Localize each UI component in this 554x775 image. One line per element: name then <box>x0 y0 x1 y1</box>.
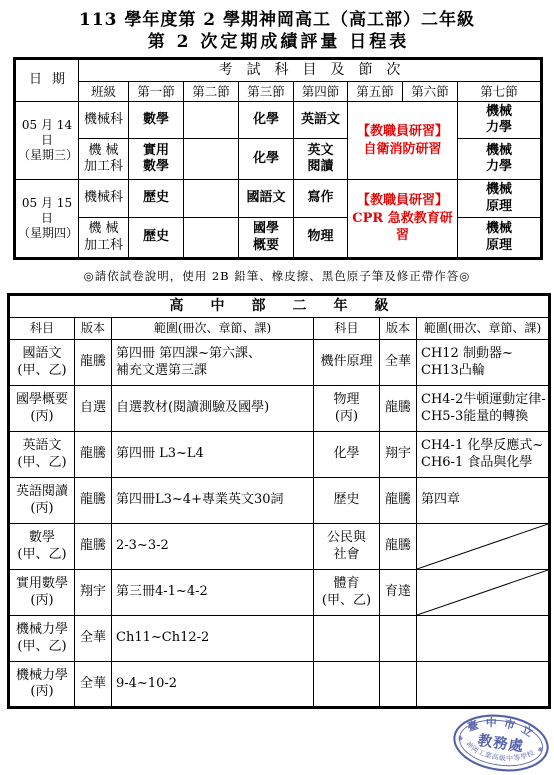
subject-name: 公民與 社會 <box>314 524 380 570</box>
publisher: 自選 <box>75 386 112 432</box>
range-table-title: 高中部二年級 <box>9 295 550 318</box>
publisher: 全華 <box>75 662 112 708</box>
subject-name: 實用數學 (丙) <box>9 570 75 616</box>
empty-cell <box>184 139 239 180</box>
date-column-header: 日期 <box>15 59 79 102</box>
period-7-header: 第七節 <box>458 82 542 102</box>
exam-subject: 化學 <box>239 102 294 139</box>
empty-cell <box>314 662 380 708</box>
empty-cell <box>380 616 417 662</box>
exam-subject: 機械 原理 <box>458 218 542 259</box>
exam-subject: 英語文 <box>294 102 348 139</box>
publisher: 全華 <box>75 616 112 662</box>
publisher: 翔宇 <box>380 432 417 478</box>
answering-instructions-note: ◎請依試卷說明，使用 2B 鉛筆、橡皮擦、黑色原子筆及修正帶作答◎ <box>0 268 554 284</box>
subject-header: 科目 <box>314 318 380 340</box>
academic-affairs-office-stamp: 臺中市立 神岡工業高級中等學校 教務處 ❋ ❋ <box>448 707 553 775</box>
exam-range: 第四冊 第四課~第六課、 補充文選第三課 <box>112 340 314 386</box>
period-2-header: 第二節 <box>184 82 239 102</box>
exam-subject: 機械 原理 <box>458 180 542 218</box>
subject-name: 機械力學 (丙) <box>9 662 75 708</box>
period-6-header: 第六節 <box>403 82 458 102</box>
subject-name: 機件原理 <box>314 340 380 386</box>
page-title-line2: 第 2 次定期成績評量 日程表 <box>0 31 554 53</box>
exam-range: CH4-2牛頓運動定律- CH5-3能量的轉換 <box>417 386 550 432</box>
exam-subject: 物理 <box>294 218 348 259</box>
exam-range: Ch11~Ch12-2 <box>112 616 314 662</box>
subject-name: 機械力學 (甲、乙) <box>9 616 75 662</box>
empty-slash-cell <box>417 570 550 616</box>
version-header: 版本 <box>75 318 112 340</box>
exam-range: 第三冊4-1~4-2 <box>112 570 314 616</box>
version-header: 版本 <box>380 318 417 340</box>
range-header: 範圍(冊次、章節、課) <box>417 318 550 340</box>
subject-name: 國語文 (甲、乙) <box>9 340 75 386</box>
exam-subject: 寫作 <box>294 180 348 218</box>
subject-name: 英語閱讀 (丙) <box>9 478 75 524</box>
range-header: 範圍(冊次、章節、課) <box>112 318 314 340</box>
empty-slash-cell <box>417 524 550 570</box>
exam-subject: 實用 數學 <box>129 139 184 180</box>
publisher: 龍騰 <box>75 524 112 570</box>
subject-name: 英語文 (甲、乙) <box>9 432 75 478</box>
exam-subject: 英文 閱讀 <box>294 139 348 180</box>
page-title-line1: 113 學年度第 2 學期神岡高工（高工部）二年級 <box>0 0 554 31</box>
subject-name: 數學 (甲、乙) <box>9 524 75 570</box>
subject-name: 物理 (丙) <box>314 386 380 432</box>
period-4-header: 第四節 <box>294 82 348 102</box>
class-name: 機 械 加工科 <box>79 139 129 180</box>
subject-name: 化學 <box>314 432 380 478</box>
period-3-header: 第三節 <box>239 82 294 102</box>
publisher: 龍騰 <box>75 432 112 478</box>
publisher: 龍騰 <box>380 478 417 524</box>
exam-subject: 歷史 <box>129 180 184 218</box>
exam-subjects-periods-header: 考試科目及節次 <box>79 59 542 82</box>
exam-schedule-table: 日期 考試科目及節次 班級 第一節 第二節 第三節 第四節 第五節 第六節 第七… <box>13 57 543 260</box>
exam-range: 自選教材(閱讀測驗及國學) <box>112 386 314 432</box>
exam-subject: 歷史 <box>129 218 184 259</box>
empty-cell <box>417 616 550 662</box>
exam-range: 9-4~10-2 <box>112 662 314 708</box>
exam-range: 第四冊 L3~L4 <box>112 432 314 478</box>
exam-range: 2-3~3-2 <box>112 524 314 570</box>
exam-range: 第四冊L3~4+專業英文30詞 <box>112 478 314 524</box>
class-name: 機 械 加工科 <box>79 218 129 259</box>
diagonal-slash <box>417 570 548 615</box>
publisher: 翔宇 <box>75 570 112 616</box>
empty-cell <box>184 102 239 139</box>
exam-date-day1: 05 月 14 日 （星期三） <box>15 102 79 180</box>
publisher: 龍騰 <box>75 340 112 386</box>
empty-cell <box>380 662 417 708</box>
stamp-ornament-left: ❋ <box>457 735 463 743</box>
empty-cell <box>314 616 380 662</box>
staff-training-note-day1: 【教職員研習】 自衛消防研習 <box>348 102 458 180</box>
diagonal-slash <box>417 524 548 569</box>
period-1-header: 第一節 <box>129 82 184 102</box>
stamp-ornament-right: ❋ <box>537 746 543 754</box>
publisher: 育達 <box>380 570 417 616</box>
staff-training-note-day2: 【教職員研習】 CPR 急救教育研習 <box>348 180 458 259</box>
exam-range: CH12 制動器~ CH13凸輪 <box>417 340 550 386</box>
period-5-header: 第五節 <box>348 82 403 102</box>
publisher: 龍騰 <box>75 478 112 524</box>
empty-cell <box>184 218 239 259</box>
exam-range-table: 高中部二年級 科目 版本 範圍(冊次、章節、課) 科目 版本 範圍(冊次、章節、… <box>7 293 551 709</box>
empty-cell <box>417 662 550 708</box>
class-name: 機械科 <box>79 102 129 139</box>
exam-subject: 國學 概要 <box>239 218 294 259</box>
document-page: { "doc": { "title1": "113 學年度第 2 學期神岡高工（… <box>0 0 554 775</box>
empty-cell <box>184 180 239 218</box>
subject-header: 科目 <box>9 318 75 340</box>
exam-subject: 數學 <box>129 102 184 139</box>
publisher: 龍騰 <box>380 386 417 432</box>
subject-name: 體育 (甲、乙) <box>314 570 380 616</box>
subject-name: 歷史 <box>314 478 380 524</box>
publisher: 全華 <box>380 340 417 386</box>
exam-range: CH4-1 化學反應式~ CH6-1 食品與化學 <box>417 432 550 478</box>
exam-date-day2: 05 月 15 日 （星期四） <box>15 180 79 259</box>
class-name: 機械科 <box>79 180 129 218</box>
exam-subject: 化學 <box>239 139 294 180</box>
subject-name: 國學概要 (丙) <box>9 386 75 432</box>
exam-subject: 機械 力學 <box>458 139 542 180</box>
publisher: 龍騰 <box>380 524 417 570</box>
exam-subject: 國語文 <box>239 180 294 218</box>
exam-subject: 機械 力學 <box>458 102 542 139</box>
class-column-header: 班級 <box>79 82 129 102</box>
exam-range: 第四章 <box>417 478 550 524</box>
